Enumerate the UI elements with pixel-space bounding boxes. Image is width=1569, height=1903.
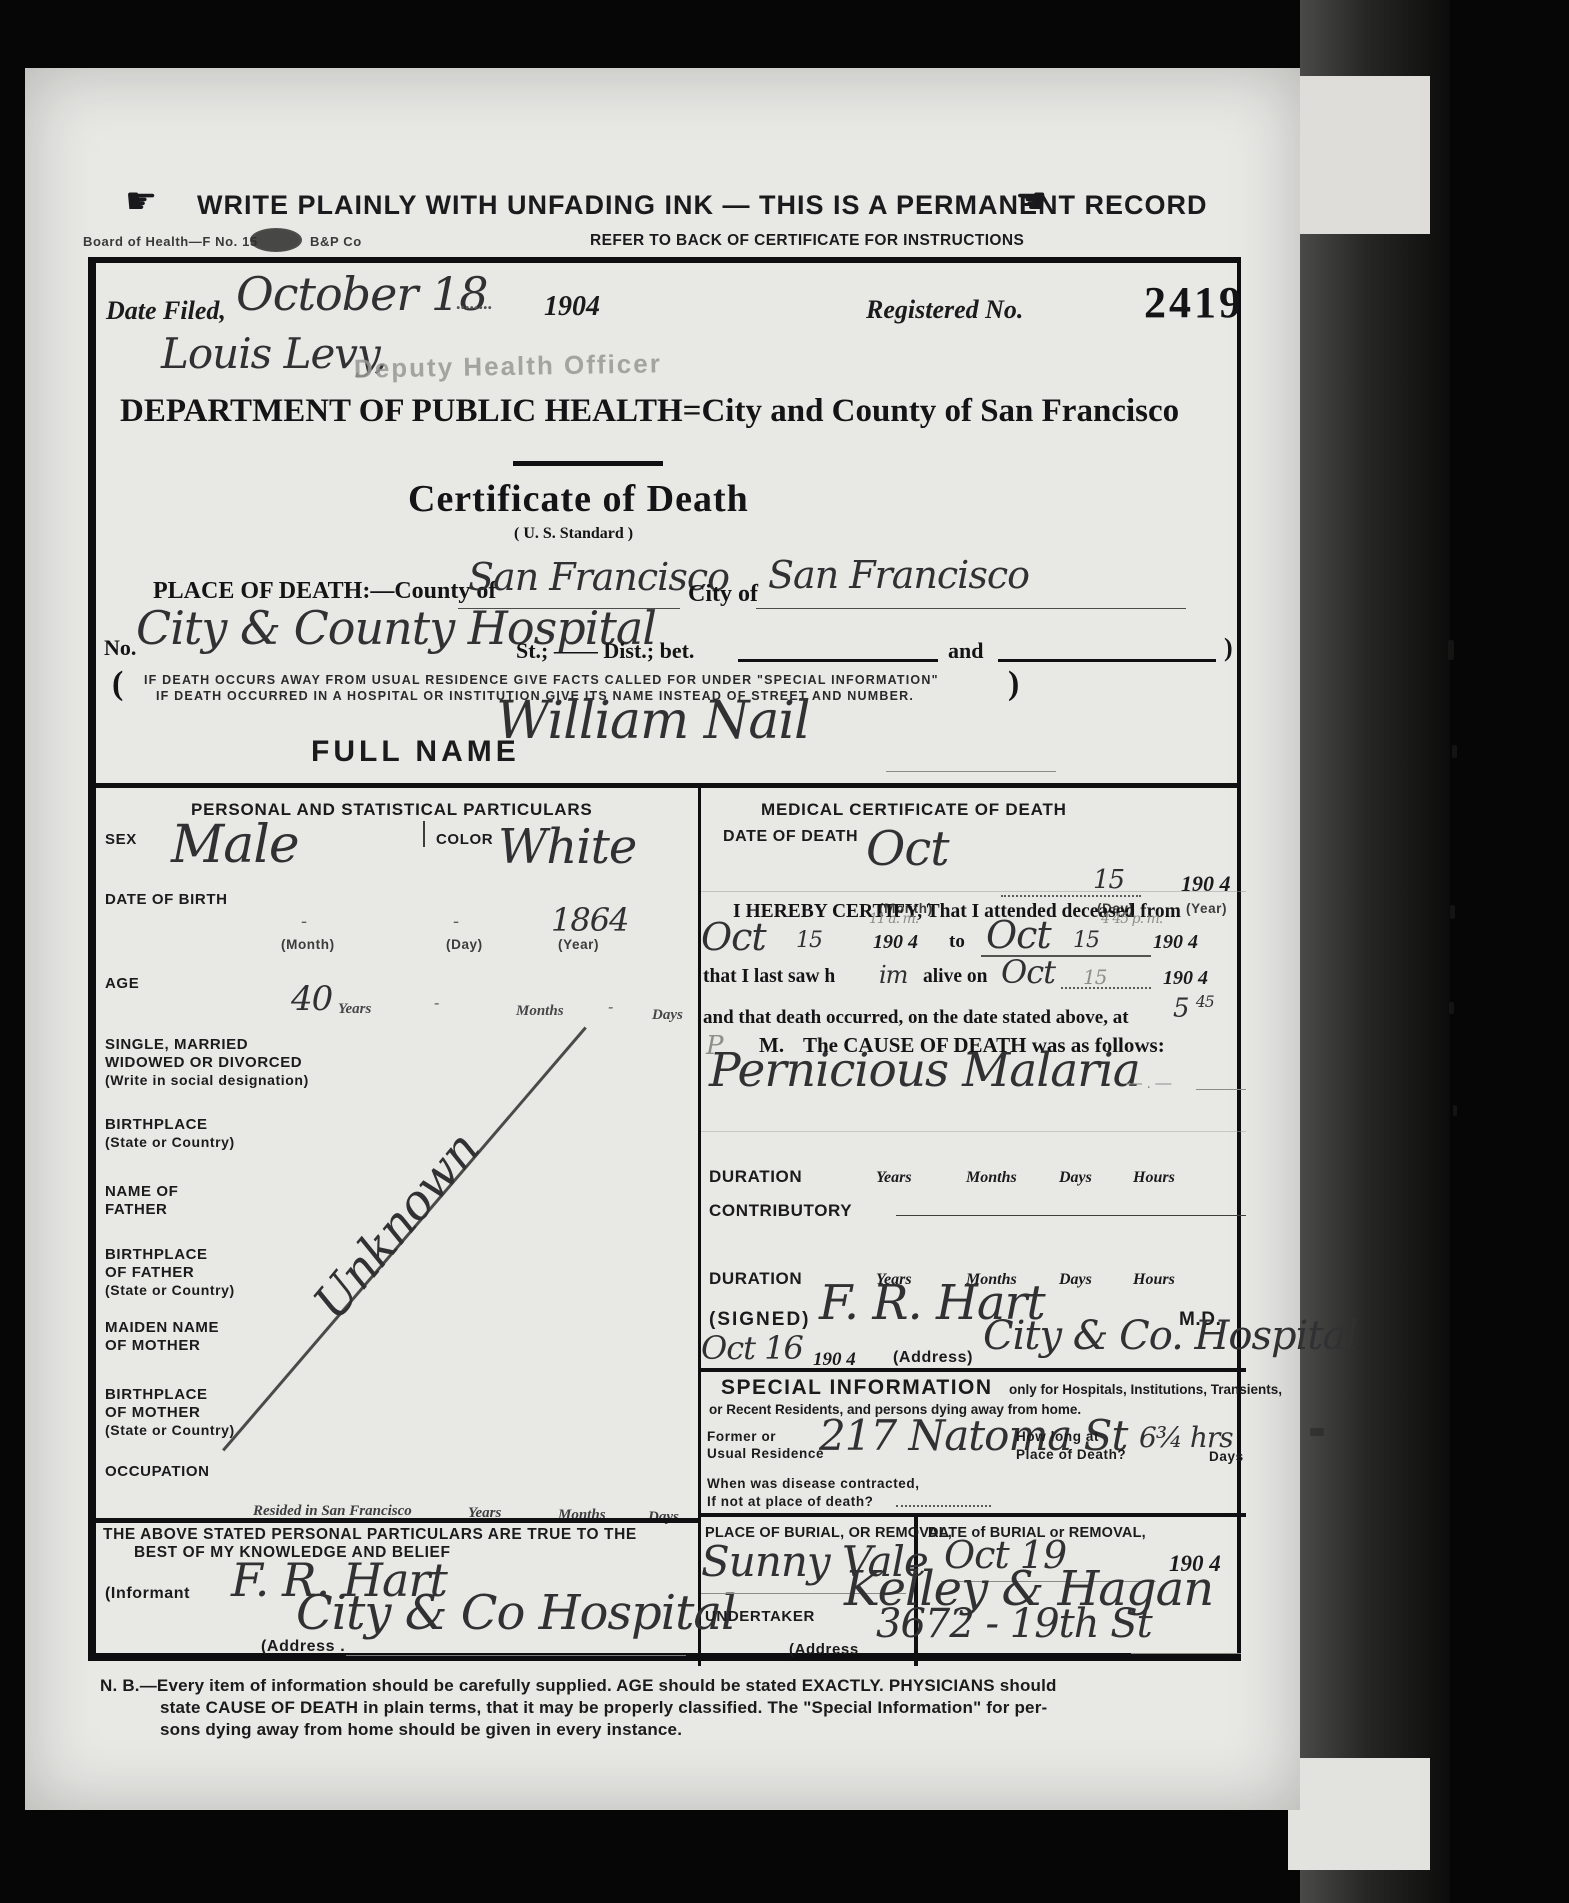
age-months-blank: - (434, 993, 438, 1012)
duration2-label: DURATION (709, 1269, 802, 1289)
signed-address-label: (Address) (893, 1349, 973, 1367)
duration-days-label: Days (1059, 1169, 1092, 1187)
attended-to-month: Oct (986, 913, 1051, 957)
mother-birthplace-label-line1: BIRTHPLACE (105, 1386, 208, 1403)
cause-underline2 (1196, 1089, 1246, 1090)
informant-address-line (346, 1655, 686, 1656)
certificate-box: Date Filed, October 18 ........ 1904 Reg… (88, 257, 1241, 1661)
health-officer-stamp: Deputy Health Officer (354, 348, 662, 384)
mother-birthplace-label-line3: (State or Country) (105, 1422, 235, 1438)
marital-label-line3: (Write in social designation) (105, 1072, 309, 1088)
sex-color-tick (423, 821, 425, 847)
last-saw-prefix: that I last saw h (703, 966, 835, 988)
dob-label: DATE OF BIRTH (105, 891, 228, 908)
last-saw-hw: im (879, 961, 907, 989)
date-filed-dots: ........ (456, 293, 492, 314)
birthplace-label-line1: BIRTHPLACE (105, 1116, 208, 1133)
margin-smudge (1449, 1002, 1454, 1014)
sex-label: SEX (105, 831, 137, 848)
sex-value: Male (171, 815, 299, 875)
informant-label: (Informant (105, 1585, 190, 1603)
death-time-value: 5 45 (1173, 993, 1214, 1024)
signed-label: (SIGNED) (709, 1309, 811, 1331)
page-edge-tab-bottom (1288, 1758, 1430, 1870)
street-labels: St.; —— Dist.; bet. (516, 638, 694, 664)
how-long-label-line1: How long at (1016, 1429, 1099, 1444)
date-of-death-year: 190 4 (1181, 871, 1231, 897)
dob-month-label: (Month) (281, 937, 335, 952)
medical-column: MEDICAL CERTIFICATE OF DEATH DATE OF DEA… (701, 263, 1248, 1666)
date-filed-year: 1904 (544, 291, 600, 323)
age-days-label: Days (652, 1007, 683, 1024)
residence-label-line1: Former or (707, 1429, 776, 1444)
margin-smudge (1452, 745, 1457, 758)
father-birthplace-label-line1: BIRTHPLACE (105, 1246, 208, 1263)
last-saw-dots (1061, 987, 1151, 989)
note-paren-open: ( (112, 665, 123, 703)
special-info-title: SPECIAL INFORMATION (721, 1376, 993, 1400)
age-value: 40 (291, 979, 332, 1019)
manicule-left-icon: ☚ (1015, 180, 1047, 222)
margin-smudge (1448, 640, 1454, 660)
truth-statement-line1: THE ABOVE STATED PERSONAL PARTICULARS AR… (103, 1526, 637, 1544)
cause-of-death-value: Pernicious Malaria (709, 1043, 1140, 1098)
banner-warning: WRITE PLAINLY WITH UNFADING INK — THIS I… (197, 190, 1208, 221)
birthplace-label-line2: (State or Country) (105, 1134, 235, 1150)
from-time-note: 11 a. m. (869, 911, 918, 927)
title-divider (513, 461, 663, 466)
last-saw-year: 190 4 (1163, 967, 1208, 990)
scanned-death-certificate: ☛ WRITE PLAINLY WITH UNFADING INK — THIS… (0, 0, 1569, 1903)
dod-day-dots (1001, 895, 1141, 897)
printer-stamp-icon (250, 228, 302, 252)
cause-dashes: — . — (1126, 1075, 1171, 1093)
mother-name-label-line2: OF MOTHER (105, 1337, 200, 1354)
duration-years-label: Years (876, 1169, 912, 1187)
dod-year-label: (Year) (1186, 901, 1227, 916)
last-saw-day: 15 (1083, 965, 1106, 989)
special-info-subtitle1: only for Hospitals, Institutions, Transi… (1009, 1382, 1282, 1397)
full-name-label: FULL NAME (311, 735, 520, 769)
duration-label: DURATION (709, 1167, 802, 1187)
age-label: AGE (105, 975, 139, 992)
color-value: White (498, 819, 636, 875)
last-saw-suffix: alive on (923, 966, 987, 988)
margin-smudge (1310, 1428, 1324, 1436)
burial-top-rule (701, 1513, 1246, 1517)
duration-months-label: Months (966, 1169, 1017, 1187)
dob-year-label: (Year) (558, 937, 599, 952)
father-birthplace-label-line3: (State or Country) (105, 1282, 235, 1298)
age-days-blank: - (608, 997, 612, 1016)
cause-blank-line (701, 1131, 1246, 1132)
date-of-death-month: Oct (866, 821, 949, 877)
to-time-note: 4 45 p. m. (1101, 911, 1162, 927)
dob-day-label: (Day) (446, 937, 483, 952)
footnote-line1: N. B.—Every item of information should b… (100, 1676, 1057, 1696)
special-info-rule (701, 1368, 1246, 1372)
date-of-death-label: DATE OF DEATH (723, 828, 858, 846)
mother-name-label-line1: MAIDEN NAME (105, 1319, 219, 1336)
footnote-line3: sons dying away from home should be give… (160, 1720, 682, 1740)
attended-to-label: to (949, 931, 965, 953)
attended-from-day: 15 (796, 928, 822, 953)
margin-smudge (1450, 905, 1455, 919)
street-no-label: No. (104, 635, 136, 661)
certificate-page: ☛ WRITE PLAINLY WITH UNFADING INK — THIS… (25, 68, 1300, 1810)
unknown-note: Unknown (303, 1122, 491, 1331)
age-years-label: Years (338, 1001, 371, 1018)
scan-binding-shadow (1300, 0, 1450, 1903)
date-filed-label: Date Filed, (106, 296, 226, 326)
occupation-label: OCCUPATION (105, 1463, 210, 1480)
printer-mark: B&P Co (310, 234, 362, 249)
how-long-days-label: Days (1209, 1449, 1244, 1464)
duration2-days-label: Days (1059, 1271, 1092, 1289)
contracted-label-line1: When was disease contracted, (707, 1476, 920, 1491)
standard-note: ( U. S. Standard ) (514, 525, 633, 543)
father-name-label-line2: FATHER (105, 1201, 168, 1218)
footnote-line2: state CAUSE OF DEATH in plain terms, tha… (160, 1698, 1047, 1718)
dob-year-value: 1864 (551, 901, 628, 939)
contributory-line (896, 1215, 1246, 1216)
dob-day-blank: - (453, 911, 458, 932)
father-birthplace-label-line2: OF FATHER (105, 1264, 194, 1281)
manicule-right-icon: ☛ (125, 180, 157, 222)
informant-address-value: City & Co Hospital (296, 1585, 735, 1641)
date-filed-value: October 18 (236, 267, 487, 321)
color-label: COLOR (436, 831, 493, 848)
attended-to-day: 15 (1073, 928, 1099, 953)
attended-to-year: 190 4 (1153, 931, 1198, 954)
last-saw-month: Oct (1001, 953, 1055, 991)
contributory-label: CONTRIBUTORY (709, 1201, 852, 1221)
dob-month-blank: - (301, 911, 306, 932)
health-officer-signature: Louis Levy, (161, 329, 387, 378)
undertaker-address-line (1131, 1653, 1241, 1654)
death-time-hour: 5 (1173, 994, 1189, 1024)
age-months-label: Months (516, 1003, 564, 1020)
margin-smudge (1453, 1105, 1457, 1116)
undertaker-address-value: 3672 - 19th St (876, 1601, 1152, 1647)
medical-section-title: MEDICAL CERTIFICATE OF DEATH (761, 800, 1067, 820)
undertaker-address-label: (Address (789, 1641, 859, 1658)
marital-label-line1: SINGLE, MARRIED (105, 1036, 248, 1053)
left-col-rule (96, 1518, 698, 1523)
father-name-label-line1: NAME OF (105, 1183, 178, 1200)
refer-note: REFER TO BACK OF CERTIFICATE FOR INSTRUC… (590, 232, 1024, 250)
certify-divider (701, 891, 1246, 892)
residence-label-line2: Usual Residence (707, 1446, 824, 1461)
signed-address-value: City & Co. Hospital (983, 1313, 1357, 1359)
marital-label-line2: WIDOWED OR DIVORCED (105, 1054, 302, 1071)
certificate-title: Certificate of Death (408, 477, 749, 521)
death-occurred-text: and that death occurred, on the date sta… (703, 1007, 1129, 1029)
page-edge-tab-top (1300, 76, 1430, 234)
contracted-dots (896, 1505, 991, 1507)
duration2-hours-label: Hours (1133, 1271, 1175, 1289)
contracted-label-line2: If not at place of death? (707, 1494, 874, 1509)
death-time-min: 45 (1196, 993, 1214, 1011)
attended-from-month: Oct (701, 915, 766, 959)
mother-birthplace-label-line2: OF MOTHER (105, 1404, 200, 1421)
duration-hours-label: Hours (1133, 1169, 1175, 1187)
attended-from-year: 190 4 (873, 931, 918, 954)
undertaker-label: UNDERTAKER (705, 1608, 815, 1625)
how-long-label-line2: Place of Death? (1016, 1447, 1126, 1462)
form-reference: Board of Health—F No. 15 (83, 234, 258, 249)
signed-date: Oct 16 (701, 1329, 803, 1367)
